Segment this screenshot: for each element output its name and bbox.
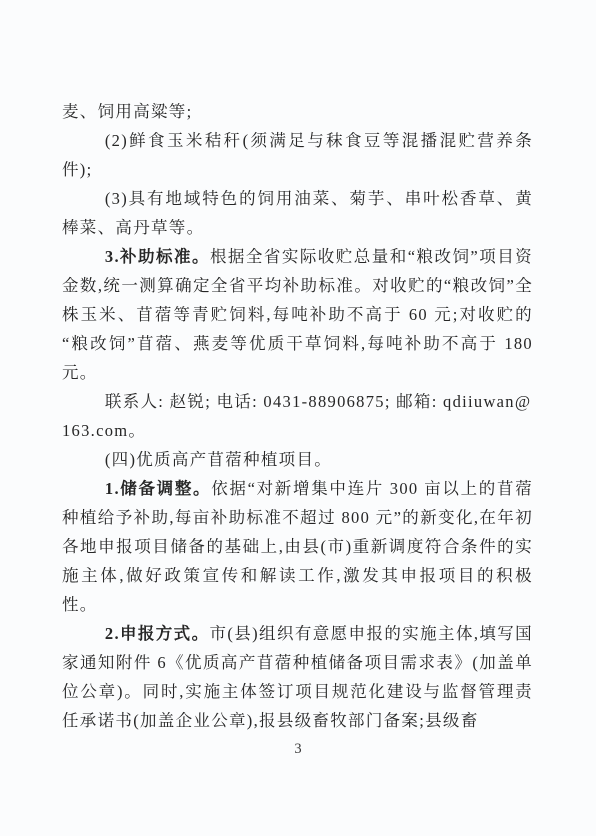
paragraph-text: 联系人: 赵锐; 电话: 0431-88906875; 邮箱: qdiiuwan… xyxy=(62,392,531,440)
paragraph-contact: 联系人: 赵锐; 电话: 0431-88906875; 邮箱: qdiiuwan… xyxy=(62,387,533,445)
page-number: 3 xyxy=(0,741,596,758)
paragraph-reserve-adjustment: 1.储备调整。依据“对新增集中连片 300 亩以上的苜蓿种植给予补助,每亩补助标… xyxy=(62,474,533,619)
section-heading-4: (四)优质高产苜蓿种植项目。 xyxy=(62,445,533,474)
paragraph-item-3: (3)具有地域特色的饲用油菜、菊芋、串叶松香草、黄棒菜、高丹草等。 xyxy=(62,184,533,242)
paragraph-continuation: 麦、饲用高粱等; xyxy=(62,97,533,126)
paragraph-text: 根据全省实际收贮总量和“粮改饲”项目资金数,统一测算确定全省平均补助标准。对收贮… xyxy=(62,247,533,382)
paragraph-subsidy-standard: 3.补助标准。根据全省实际收贮总量和“粮改饲”项目资金数,统一测算确定全省平均补… xyxy=(62,242,533,387)
paragraph-text: (2)鲜食玉米秸秆(须满足与秣食豆等混播混贮营养条件); xyxy=(62,131,533,179)
paragraph-item-2: (2)鲜食玉米秸秆(须满足与秣食豆等混播混贮营养条件); xyxy=(62,126,533,184)
paragraph-application-method: 2.申报方式。市(县)组织有意愿申报的实施主体,填写国家通知附件 6《优质高产苜… xyxy=(62,619,533,735)
paragraph-text: 麦、饲用高粱等; xyxy=(62,102,192,121)
document-page: 麦、饲用高粱等; (2)鲜食玉米秸秆(须满足与秣食豆等混播混贮营养条件); (3… xyxy=(0,0,596,836)
paragraph-lead: 2.申报方式。 xyxy=(105,624,210,643)
paragraph-text: (四)优质高产苜蓿种植项目。 xyxy=(105,450,332,469)
paragraph-lead: 3.补助标准。 xyxy=(105,247,210,266)
paragraph-text: (3)具有地域特色的饲用油菜、菊芋、串叶松香草、黄棒菜、高丹草等。 xyxy=(62,189,533,237)
paragraph-text: 依据“对新增集中连片 300 亩以上的苜蓿种植给予补助,每亩补助标准不超过 80… xyxy=(62,479,533,614)
paragraph-lead: 1.储备调整。 xyxy=(105,479,211,498)
document-body: 麦、饲用高粱等; (2)鲜食玉米秸秆(须满足与秣食豆等混播混贮营养条件); (3… xyxy=(62,97,533,735)
